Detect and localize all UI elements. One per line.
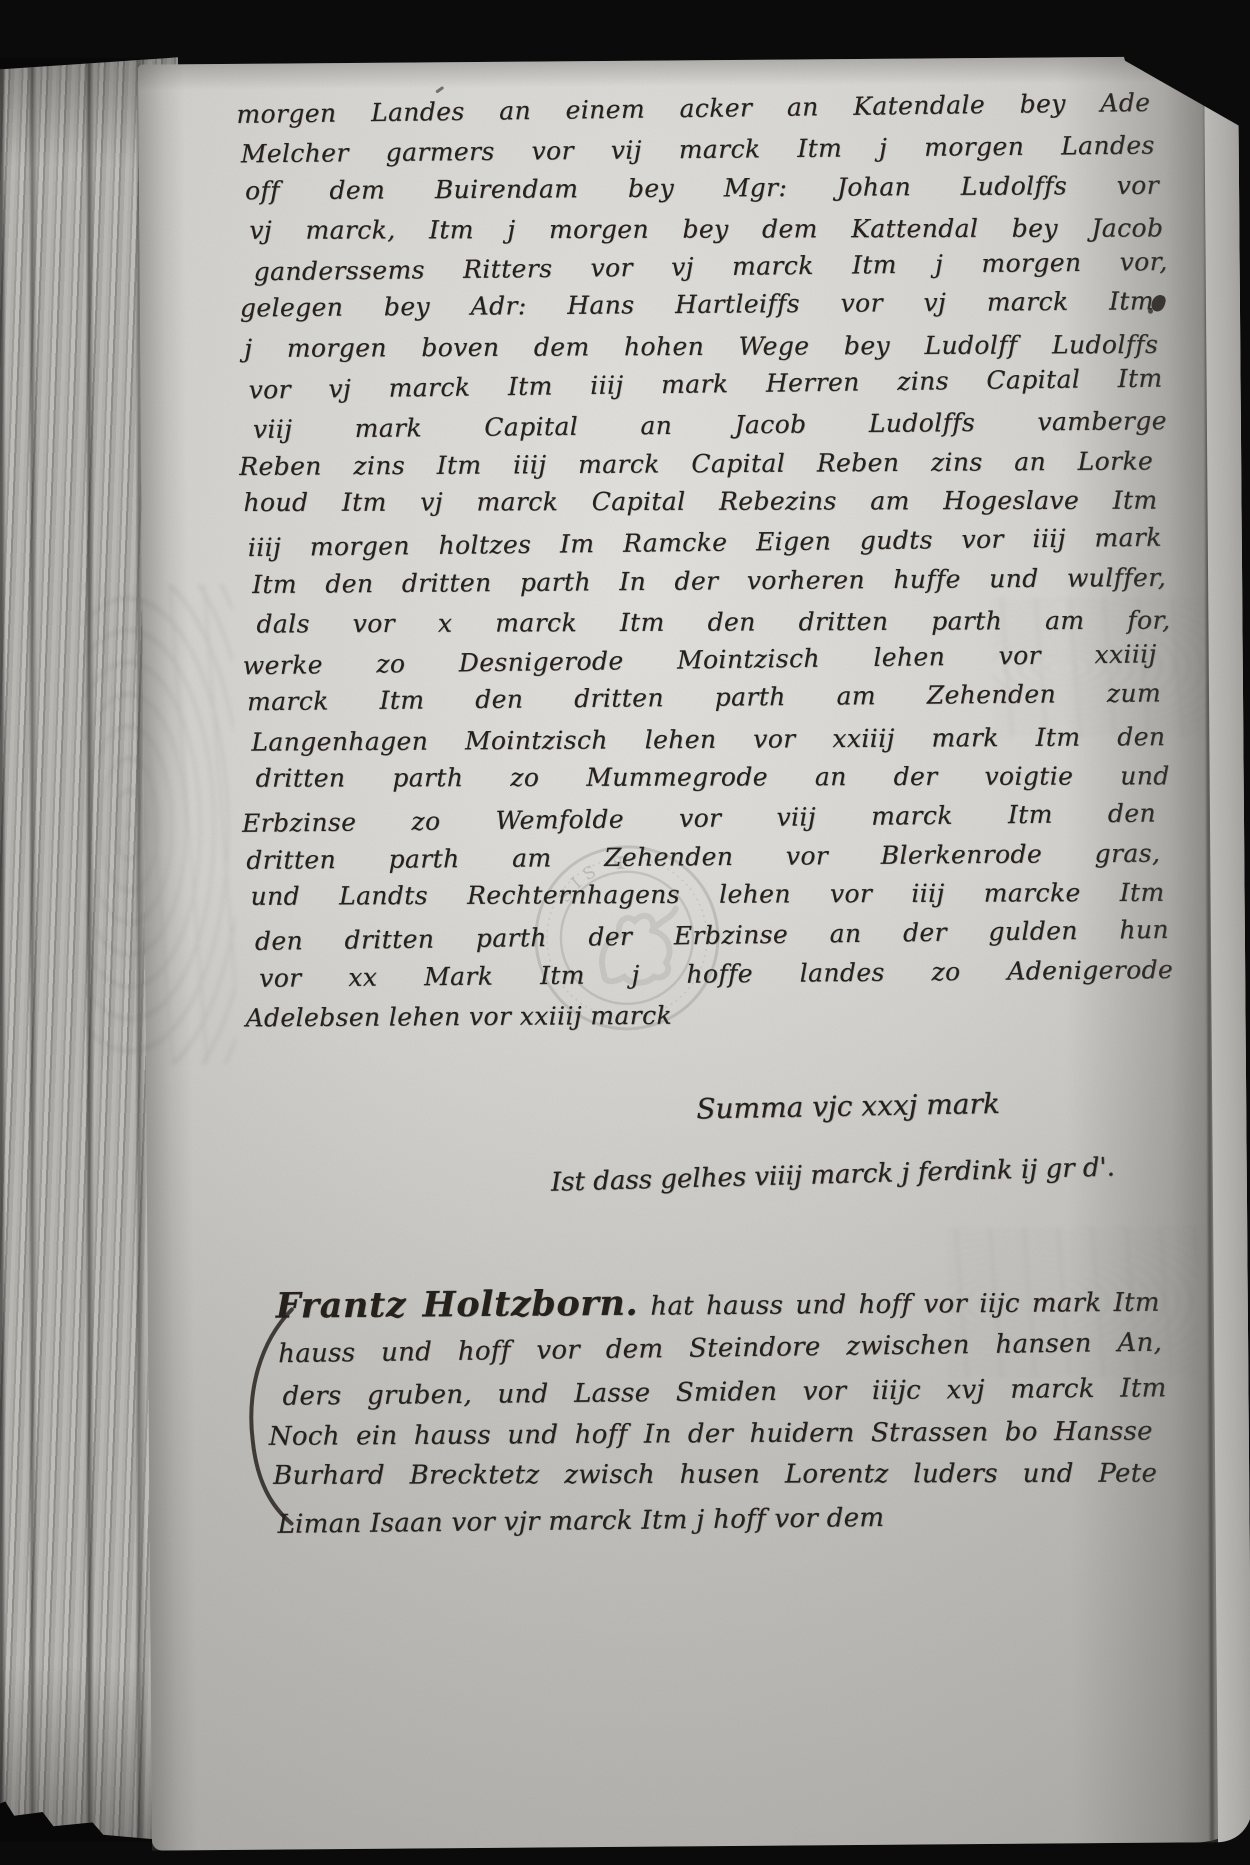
photo-frame: SIS ✠ morgen Landes an einem acker an Ka… — [0, 0, 1250, 1865]
paper-grain-overlay — [0, 0, 1250, 1865]
